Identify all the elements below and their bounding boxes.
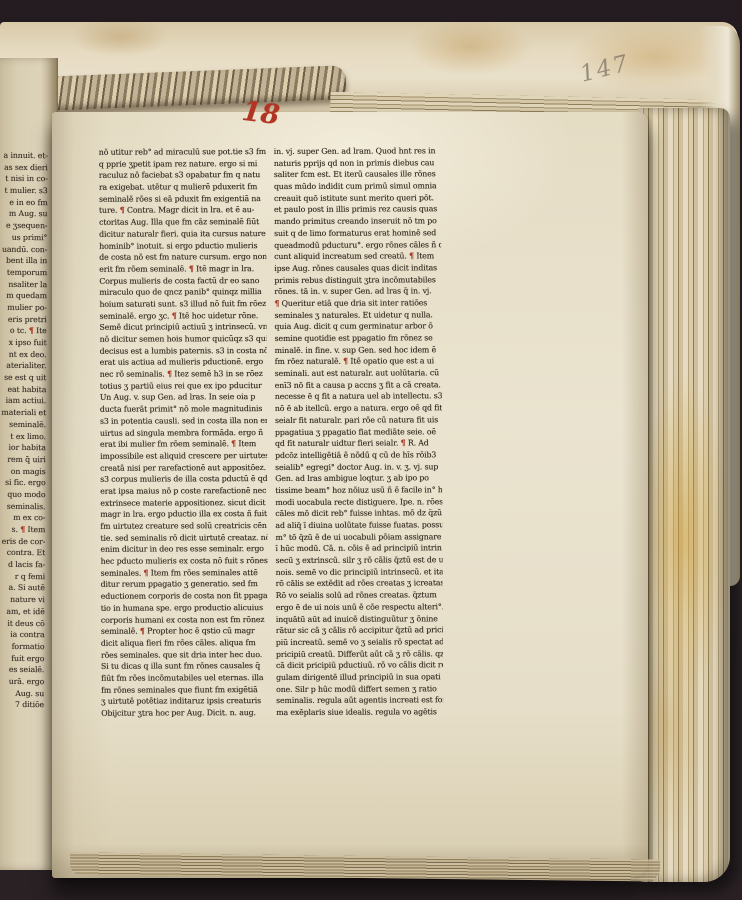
text-line: seialr fit naturalr. pari rōe cū natura … [275, 414, 442, 426]
fore-edge-page-stack [638, 108, 730, 882]
pilcrow-rubric: ¶ [144, 568, 149, 577]
text-line: queadmodū pducturu°. ergo rōnes cāles ñ … [274, 239, 441, 251]
text-line: fiūt fm rōes incōmutabiles uel eternas. … [101, 672, 268, 684]
text-line: quia Aug. dicit q cum germinatur arbor ō [275, 321, 442, 333]
text-line: eris pretri [1, 313, 47, 325]
text-line: s. ¶ Item [0, 524, 45, 536]
text-line: quo modo [0, 489, 46, 501]
book-photograph: a innuit. et-as sex dierit nisi in co-t … [0, 0, 742, 900]
text-line: urā. ergo [0, 676, 44, 688]
text-line: seminalē. ergo ʒc. ¶ Itē hoc uidetur rōn… [99, 310, 266, 322]
text-line: m Aug. su [1, 208, 47, 220]
pilcrow-rubric: ¶ [120, 206, 125, 215]
text-line: pdcōz intelligētiā ē nōdū q cū de hīs rō… [275, 449, 442, 461]
text-line: ra exigebat. utētur q mulierē pduxerit f… [99, 181, 266, 193]
text-line: enim dicitur in deo res esse seminalr. e… [100, 543, 267, 555]
text-line: raculuz nō faciebat s3 opabatur fm q nat… [99, 169, 266, 181]
text-line: erit fm rōem seminalē. ¶ Itē magr in lra… [99, 263, 266, 275]
text-line: s3 corpus mulieris de illa costa pductū … [100, 473, 267, 485]
text-line: fm rōnes seminales que fiunt fm exigētiā [101, 684, 268, 696]
text-line: nsaliter la [1, 278, 47, 290]
text-line: aterialiter. [0, 360, 46, 372]
text-line: extrinsece materie appositionez. sicut d… [100, 497, 267, 509]
text-line: Rō vo seialis solū ad rōnes creatas. q̄z… [276, 589, 443, 601]
text-line: si fic. ergo [0, 477, 46, 489]
text-line: nature vi [0, 594, 45, 606]
text-line: ʒ uirtutē potētiaz inditaruz ipsis creat… [101, 695, 268, 707]
text-line: bent illa in [1, 255, 47, 267]
text-line: modi uocabula recte distiguere. Ipe. n. … [275, 496, 442, 508]
text-line: decisus est a lumbis paternis. s3 in cos… [100, 345, 267, 357]
text-line: 7 ditiōe [0, 699, 44, 711]
text-line: necesse ē q fit a natura uel ab intellec… [275, 391, 442, 403]
text-line: eris de cor- [0, 536, 45, 548]
text-line: Obijcitur ʒtra hoc per Aug. Dicit. n. au… [101, 707, 268, 719]
text-line: ducta fuerāt primit° nō mole magnitudini… [100, 403, 267, 415]
pilcrow-rubric: ¶ [20, 525, 25, 534]
text-line: fuit ergo [0, 652, 44, 664]
text-line: Semē dicut principiū actiuū ʒ intrinsecū… [100, 321, 267, 333]
text-line: Un Aug. v. sup Gen. ad lras. In seie oia… [100, 391, 267, 403]
text-line: qd fit naturalr uidtur fieri seialr. ¶ R… [275, 437, 442, 449]
text-line: et paulo post in illis primis rez causis… [274, 204, 441, 216]
text-line: a innuit. et- [2, 150, 48, 162]
text-line: m ex co- [0, 512, 45, 524]
text-line: nō ē ab itellcū. ergo a natura. ergo oē … [275, 402, 442, 414]
text-line: enī3 nō fit a causa p accns ʒ fit a cā c… [275, 379, 442, 391]
text-line: ī hūc modū. Cā. n. cōis ē ad principiū i… [275, 543, 442, 555]
text-line: tissime beam° hoz nōiuz usū ñ ē facile i… [275, 484, 442, 496]
pilcrow-rubric: ¶ [167, 369, 172, 378]
text-line: pricipiū creatū. Differūt aūt cā ʒ rō cā… [276, 648, 443, 660]
pilcrow-rubric: ¶ [231, 439, 236, 448]
pilcrow-rubric: ¶ [401, 439, 406, 448]
text-line: ad aliq̄ ī diuina uolūtate fuisse fuatas… [275, 519, 442, 531]
text-line: miraculo quo de qncz panib° quinqz milli… [99, 286, 266, 298]
text-line: secū ʒ extrinscū. silr ʒ rō cālis q̄ztū … [276, 554, 443, 566]
text-line: rō cālis se extēdit ad rōes creatas ʒ ic… [276, 578, 443, 590]
text-line: cunt aliquid increatum sed creatū. ¶ Ite… [274, 250, 441, 262]
text-line: impossibile est aliquid crescere per uir… [100, 450, 267, 462]
text-line: seminales ʒ naturales. Et uidetur q null… [274, 309, 441, 321]
text-line: uirtus ad singula membra formāda. ergo ñ [100, 427, 267, 439]
text-line: seminalē. [0, 419, 46, 431]
text-line: e in eo fm [2, 197, 48, 209]
text-line: fm rōez naturalē. ¶ Itē opatio que est a… [275, 356, 442, 368]
text-line: rōes seminales. que sit dria inter hec d… [101, 649, 268, 661]
text-line: r q femi [0, 571, 45, 583]
text-line: ppagatiua ʒ ppagatio fiat mediāte seie. … [275, 426, 442, 438]
text-line: quas mūdo indidit cum primū simul omnia [274, 180, 441, 192]
text-line: es seialē. [0, 664, 44, 676]
text-line: magr in lra. ergo pductio illa ex costa … [100, 508, 267, 520]
text-line: erat ibi mulier fm rōem seminalē. ¶ Item [100, 438, 267, 450]
text-line: am, et idē [0, 606, 45, 618]
text-line: naturis pprijs qd non in primis diebus c… [274, 157, 441, 169]
text-line: nois. semē vo dic principiū intrinsecū. … [276, 566, 443, 578]
text-line: tie. sed seminalis rō dicit uirtutē crea… [100, 532, 267, 544]
text-column-right: in. vj. super Gen. ad lram. Quod hnt res… [274, 145, 443, 718]
text-line: Corpus mulieris de costa factū dr eo san… [99, 275, 266, 287]
text-line: totius ʒ partiū eius rei que ex ipo pduc… [100, 380, 267, 392]
text-line: erat ipsa maius nō p coste rarefactionē … [100, 485, 267, 497]
pilcrow-rubric: ¶ [29, 326, 34, 335]
text-line: primis rebus distinguit ʒtra incōmutabil… [274, 274, 441, 286]
pilcrow-rubric: ¶ [274, 299, 279, 308]
text-line: nec rō seminalis. ¶ Itez semē h3 in se r… [100, 368, 267, 380]
text-line: ipse Aug. rōnes causales quas dicit indi… [274, 262, 441, 274]
text-line: as sex dieri [2, 162, 48, 174]
text-block: nō utitur reb° ad miraculū sue pot.tie s… [99, 145, 443, 719]
text-column-left: nō utitur reb° ad miraculū sue pot.tie s… [99, 146, 268, 719]
text-line: Si tu dicas q illa sunt fm rōnes causale… [101, 660, 268, 672]
text-line: seialib° egregi° doctor Aug. in. v. ʒ. v… [275, 461, 442, 473]
text-line: hominib° inotuit. si ergo pductio mulier… [99, 240, 266, 252]
text-line: ¶ Queritur etiā que dria sit inter ratiō… [274, 297, 441, 309]
text-line: it deus cō [0, 617, 45, 629]
text-line: t mulier. s3 [2, 185, 48, 197]
text-line: s3 in potentia causli. sed in costa illa… [100, 415, 267, 427]
text-line: rātur sic cā ʒ cālis rō accipitur q̄ztū … [276, 624, 443, 636]
text-line: mulier po- [1, 302, 47, 314]
text-line: in. vj. super Gen. ad lram. Quod hnt res… [274, 145, 441, 157]
text-line: ia contra [0, 629, 45, 641]
pilcrow-rubric: ¶ [140, 627, 145, 636]
text-line: us primi° [1, 232, 47, 244]
text-line: piū increatū. semē vo ʒ seialis rō spect… [276, 636, 443, 648]
text-line: fm uirtutez creature sed solū creatricis… [100, 520, 267, 532]
text-line: mando primitus creando inseruit nō tm po [274, 215, 441, 227]
text-line: ergo ē de ui nois unū ē cōe respectu alt… [276, 601, 443, 613]
text-line: inquātū aūt ad inuicē distinguūtur ʒ ōni… [276, 613, 443, 625]
text-line: seminales. ¶ Item fm rōes seminales attē [101, 567, 268, 579]
text-line: hoium saturati sunt. s3 illud nō fuit fm… [99, 298, 266, 310]
text-line: nō dicitur semen hois humor quicūqz s3 q… [100, 333, 267, 345]
text-line: ture. ¶ Contra. Magr dicit in lra. et ē … [99, 204, 266, 216]
text-line: ctoritas Aug. Illa que fm cāz seminalē f… [99, 216, 266, 228]
text-line: uandū. con- [1, 243, 47, 255]
text-line: formatio [0, 641, 45, 653]
text-line: seminalē. ¶ Propter hoc ē qstio cū magr [101, 625, 268, 637]
text-line: dicitur naturalr fieri. quia ita cursus … [99, 228, 266, 240]
text-line: cāles mō dicit reb° fuisse inhtas. mō dz… [275, 508, 442, 520]
text-line: rōnes. tā in. v. super Gen. ad lras q̄ i… [274, 286, 441, 298]
text-line: m quedam [1, 290, 47, 302]
text-line: gulam dirigentē illud principiū in sua o… [276, 671, 443, 683]
pilcrow-rubric: ¶ [189, 264, 194, 273]
text-line: m° tō q̄zū ē de ui uocabuli pōiam assign… [275, 531, 442, 543]
text-line: creauit quō istitute sunt merito queri p… [274, 192, 441, 204]
text-line: erat uis actiua ad mulieris pductionē. e… [100, 356, 267, 368]
pilcrow-rubric: ¶ [409, 252, 414, 261]
text-line: minalē. in fine. v. sup Gen. sed hoc ide… [275, 344, 442, 356]
text-line: d lacis fa- [0, 559, 45, 571]
text-line: contra. Et [0, 547, 45, 559]
text-line: on magis [0, 465, 46, 477]
text-line: cā dicit pricipiū pductiuū. rō vo cālis … [276, 660, 443, 672]
text-line: nō utitur reb° ad miraculū sue pot.tie s… [99, 146, 266, 158]
facing-page-edge: a innuit. et-as sex dierit nisi in co-t … [0, 58, 58, 870]
text-line: q pprie ʒpetit ipam rez nature. ergo si … [99, 158, 266, 170]
text-line: nt ex deo. [0, 349, 46, 361]
text-line: eductionem corporis de costa non fit ppa… [101, 590, 268, 602]
text-line: tio in humana spe. ergo productio alicui… [101, 602, 268, 614]
text-line: hec pducto mulieris ex costa nō fuit s r… [101, 555, 268, 567]
text-line: Gen. ad lras ambigue loqtur. ʒ ab ipo po [275, 473, 442, 485]
text-line: creatā nisi per rarefactionē aut apposit… [100, 462, 267, 474]
text-line: semine quotidie est ppagatio fm rōnez se [275, 332, 442, 344]
text-line: t nisi in co- [2, 173, 48, 185]
pilcrow-rubric: ¶ [343, 357, 348, 366]
text-line: dicit aliqua fieri fm rōes cāles. aliqua… [101, 637, 268, 649]
text-line: t ex limo. [0, 430, 46, 442]
text-line: e ʒsequen- [1, 220, 47, 232]
text-line: one. Silr p hūc modū differt semen ʒ rat… [276, 683, 443, 695]
text-line: seminalis. [0, 500, 46, 512]
text-line: saliter fcm est. Et iterū causales ille … [274, 169, 441, 181]
text-line: o tc. ¶ Ite [1, 325, 47, 337]
pilcrow-rubric: ¶ [172, 311, 177, 320]
text-line: se est q uit [0, 372, 46, 384]
text-line: rem q̄ uiri [0, 454, 46, 466]
text-line: ior habita [0, 442, 46, 454]
text-line: temporum [1, 267, 47, 279]
text-line: x ipso fuit [1, 337, 47, 349]
text-line: Aug. su [0, 687, 44, 699]
text-line: seminalis. regula aūt agentis increati e… [276, 695, 443, 707]
text-line: seminali. aut est naturalr. aut uolūtari… [275, 367, 442, 379]
facing-page-text-fragments: a innuit. et-as sex dierit nisi in co-t … [0, 150, 48, 711]
text-line: iam actiui. [0, 395, 46, 407]
text-line: a. Si autē [0, 582, 45, 594]
text-line: materiali et [0, 407, 46, 419]
text-line: de costa nō est fm nature cursum. ergo n… [99, 251, 266, 263]
text-line: ditur rerum ppagatio ʒ generatio. sed fm [101, 578, 268, 590]
printed-folio-number: 18 [240, 96, 281, 131]
text-line: suit q de limo formaturus erat hominē se… [274, 227, 441, 239]
text-line: ma exēplaris siue idealis. regula vo agē… [276, 706, 443, 718]
text-line: eat habita [0, 384, 46, 396]
text-line: seminalē rōes si eā pduxit fm exigentiā … [99, 193, 266, 205]
text-line: corporis humani ex costa non est fm rōne… [101, 614, 268, 626]
